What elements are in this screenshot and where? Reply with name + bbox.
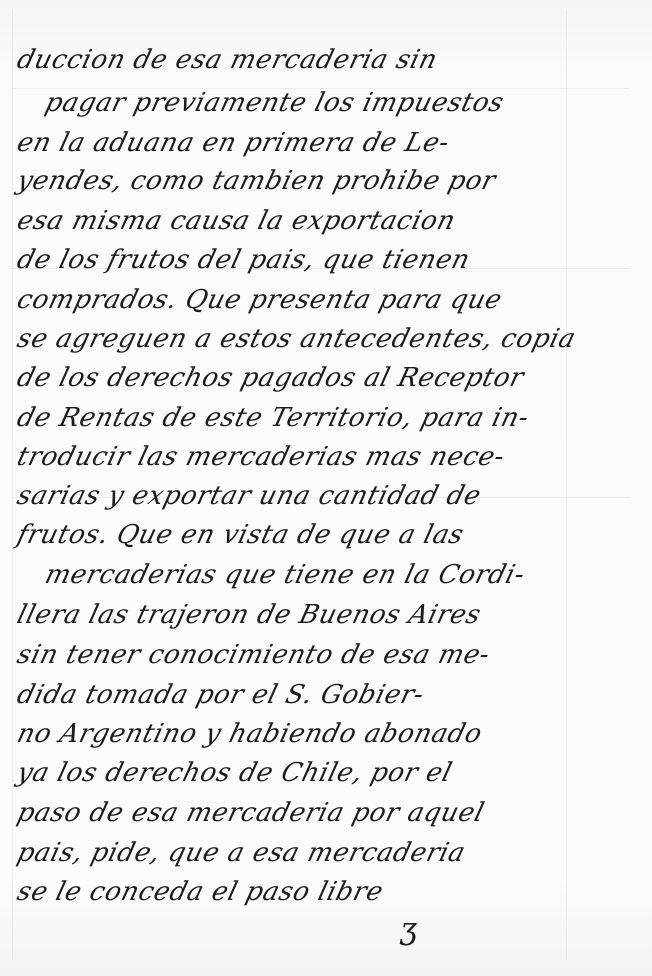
manuscript-line-3: en la aduana en primera de Le- [14, 128, 453, 158]
paper-margin-left [12, 10, 13, 960]
manuscript-line-21: pais, pide, que a esa mercaderia [14, 838, 469, 868]
manuscript-line-16: sin tener conocimiento de esa me- [14, 640, 493, 670]
manuscript-line-1: duccion de esa mercaderia sin [14, 45, 441, 75]
manuscript-line-12: sarias y exportar una cantidad de [14, 481, 484, 511]
manuscript-line-18: no Argentino y habiendo abonado [14, 719, 485, 749]
paper-margin-right [566, 10, 567, 960]
manuscript-line-13: frutos. Que en vista de que a las [14, 520, 467, 550]
manuscript-line-20: paso de esa mercaderia por aquel [14, 798, 488, 828]
manuscript-line-11: troducir las mercaderias mas nece- [14, 442, 508, 472]
manuscript-line-14: mercaderias que tiene en la Cordi- [42, 560, 528, 590]
manuscript-line-5: esa misma causa la exportacion [14, 206, 459, 236]
manuscript-page: duccion de esa mercaderia sin pagar prev… [0, 0, 652, 976]
manuscript-line-8: se agreguen a estos antecedentes, copia [14, 324, 579, 354]
manuscript-line-17: dida tomada por el S. Gobier- [14, 680, 427, 710]
manuscript-line-6: de los frutos del pais, que tienen [14, 245, 473, 275]
manuscript-line-15: llera las trajeron de Buenos Aires [14, 600, 484, 630]
manuscript-line-10: de Rentas de este Territorio, para in- [14, 403, 532, 433]
manuscript-line-2: pagar previamente los impuestos [42, 88, 507, 118]
manuscript-line-22: se le conceda el paso libre [14, 877, 386, 907]
manuscript-line-9: de los derechos pagados al Receptor [14, 363, 527, 393]
page-end-mark: ʒ [400, 912, 417, 947]
manuscript-line-4: yendes, como tambien prohibe por [14, 166, 499, 196]
manuscript-line-19: ya los derechos de Chile, por el [14, 758, 455, 788]
manuscript-line-7: comprados. Que presenta para que [14, 285, 505, 315]
